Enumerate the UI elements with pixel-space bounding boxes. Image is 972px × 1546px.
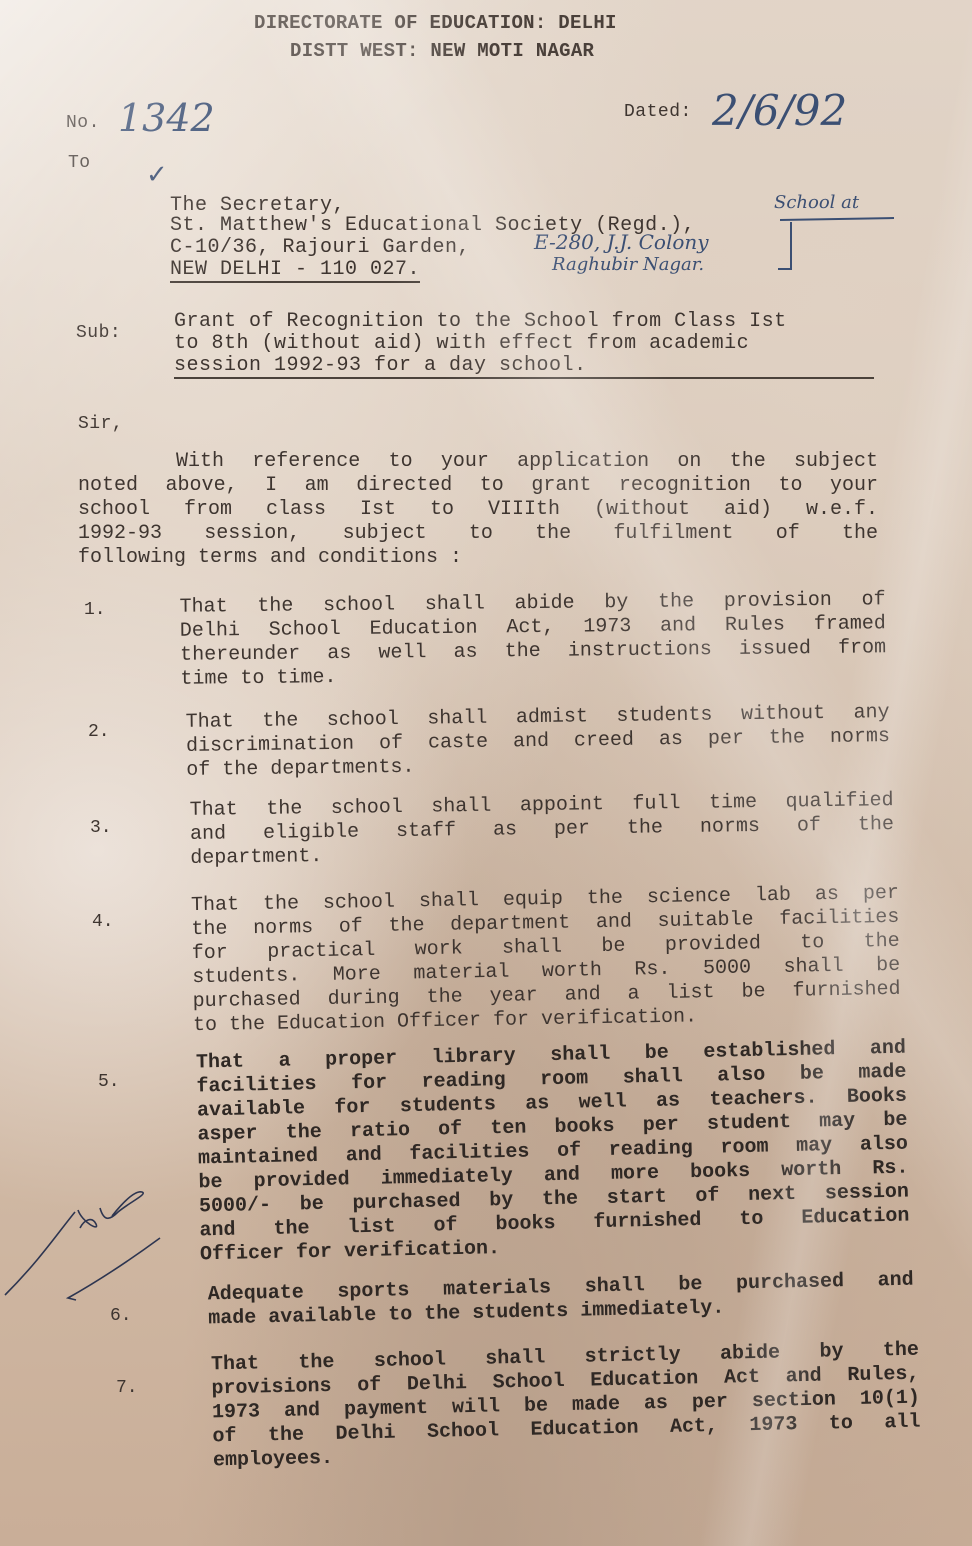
handwritten-date: 2/6/92: [712, 86, 847, 135]
subject-label: Sub:: [76, 322, 121, 344]
condition-7-number: 7.: [116, 1378, 138, 1398]
letterhead-line-1: DIRECTORATE OF EDUCATION: DELHI: [254, 12, 617, 34]
handwritten-bracket: [778, 222, 792, 270]
intro-line: With reference to your application on th…: [78, 450, 878, 474]
intro-line: following terms and conditions :: [78, 546, 878, 570]
subject-underline: [174, 377, 874, 379]
condition-2: That the school shall admist students wi…: [186, 701, 891, 783]
condition-4: That the school shall equip the science …: [191, 882, 901, 1038]
letterhead-line-2: DISTT WEST: NEW MOTI NAGAR: [290, 40, 594, 62]
condition-1-number: 1.: [84, 600, 106, 620]
addressee-line-3: C-10/36, Rajouri Garden,: [170, 237, 470, 259]
condition-3-number: 3.: [90, 818, 112, 838]
salutation: Sir,: [78, 413, 123, 435]
handwritten-note-line-3: Raghubir Nagar.: [552, 254, 704, 275]
to-label: To: [68, 152, 91, 174]
intro-paragraph: With reference to your application on th…: [78, 450, 878, 570]
handwritten-note-line-2: E-280, J.J. Colony: [534, 230, 709, 254]
checkmark-icon: ✓: [146, 160, 168, 190]
condition-1: That the school shall abide by the provi…: [180, 588, 887, 691]
intro-line: noted above, I am directed to grant reco…: [78, 474, 878, 498]
condition-2-number: 2.: [88, 722, 110, 742]
margin-signature-icon: [0, 1150, 200, 1320]
dated-label: Dated:: [624, 101, 692, 123]
number-label: No.: [66, 112, 100, 134]
condition-5: That a proper library shall be establish…: [196, 1037, 910, 1268]
addressee-line-4: NEW DELHI - 110 027.: [170, 259, 420, 283]
handwritten-note-line-1: School at: [774, 192, 859, 213]
subject-line-3: session 1992-93 for a day school.: [174, 355, 874, 377]
subject-line-2: to 8th (without aid) with effect from ac…: [174, 333, 749, 355]
condition-4-number: 4.: [92, 912, 114, 932]
condition-7: That the school shall strictly abide by …: [211, 1339, 921, 1474]
intro-line: school from class Ist to VIIIth (without…: [78, 498, 878, 522]
intro-line: 1992-93 session, subject to the fulfilme…: [78, 522, 878, 546]
condition-5-number: 5.: [98, 1072, 120, 1092]
condition-3: That the school shall appoint full time …: [190, 789, 895, 871]
handwritten-number: 1342: [118, 96, 215, 140]
subject-line-1: Grant of Recognition to the School from …: [174, 311, 787, 333]
